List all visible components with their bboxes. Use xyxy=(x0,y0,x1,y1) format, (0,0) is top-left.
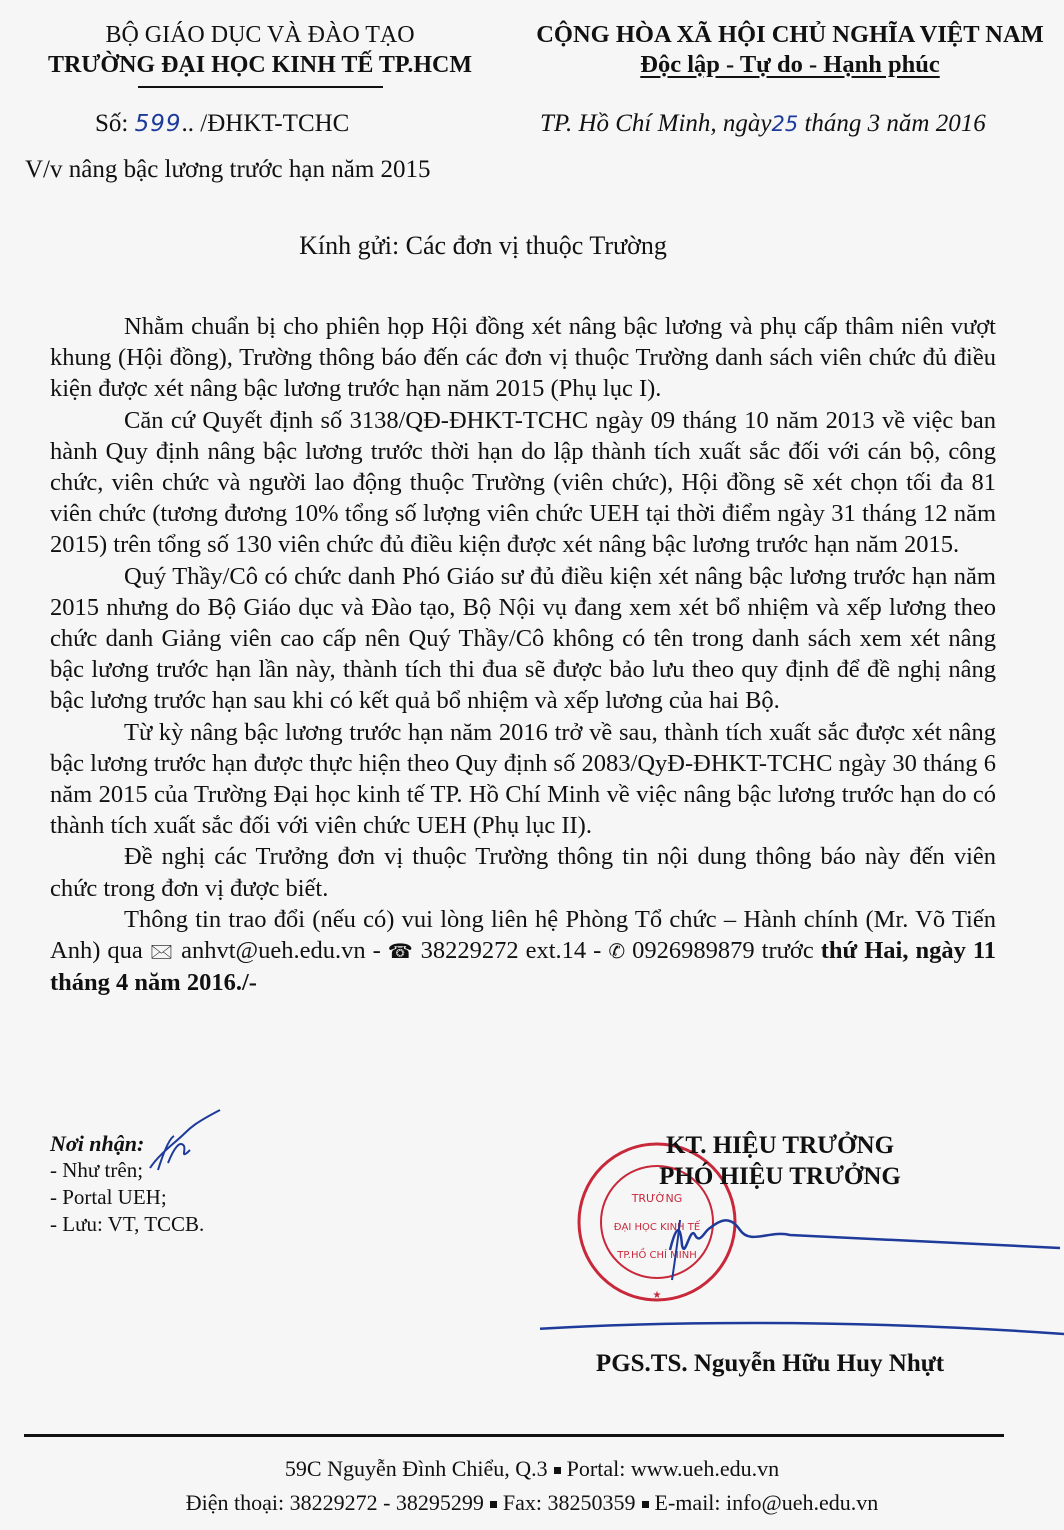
contact-paragraph: Thông tin trao đổi (nếu có) vui lòng liê… xyxy=(50,904,996,999)
footer-fax: Fax: 38250359 xyxy=(503,1490,636,1515)
telephone-icon: ☎ xyxy=(388,939,414,963)
footer-email[interactable]: E-mail: info@ueh.edu.vn xyxy=(655,1490,879,1515)
body-paragraph: Căn cứ Quyết định số 3138/QĐ-ĐHKT-TCHC n… xyxy=(50,405,996,561)
footer-divider xyxy=(24,1434,1004,1437)
footer-address: 59C Nguyễn Đình Chiểu, Q.3 xyxy=(285,1456,548,1481)
body-paragraph: Nhằm chuẩn bị cho phiên họp Hội đồng xét… xyxy=(50,311,996,405)
contact-email[interactable]: anhvt@ueh.edu.vn - xyxy=(174,937,388,964)
document-subject: V/v nâng bậc lương trước hạn năm 2015 xyxy=(25,156,431,184)
body-paragraph: Từ kỳ nâng bậc lương trước hạn năm 2016 … xyxy=(50,717,996,842)
recipient-line: Kính gửi: Các đơn vị thuộc Trường xyxy=(0,231,966,261)
mobile-icon: ✆ xyxy=(608,939,625,963)
recipient-item: - Portal UEH; xyxy=(50,1184,204,1211)
bullet-icon xyxy=(554,1467,561,1474)
nation-name: CỘNG HÒA XÃ HỘI CHỦ NGHĨA VIỆT NAM xyxy=(520,20,1060,50)
national-header: CỘNG HÒA XÃ HỘI CHỦ NGHĨA VIỆT NAM Độc l… xyxy=(520,20,1060,80)
document-number: Số: 599.. /ĐHKT-TCHC xyxy=(95,110,349,138)
envelope-icon: 🖂 xyxy=(150,939,174,963)
contact-phone: 38229272 ext.14 - xyxy=(414,937,609,964)
issuer-header: BỘ GIÁO DỤC VÀ ĐÀO TẠO TRƯỜNG ĐẠI HỌC KI… xyxy=(20,20,500,88)
contact-mobile: 0926989879 trước xyxy=(625,937,821,964)
footer-portal[interactable]: Portal: www.ueh.edu.vn xyxy=(567,1456,779,1481)
handwritten-initials xyxy=(140,1108,230,1178)
national-motto: Độc lập - Tự do - Hạnh phúc xyxy=(520,50,1060,80)
doc-number-label: Số: xyxy=(95,110,135,137)
signatory-title: KT. HIỆU TRƯỞNG PHÓ HIỆU TRƯỞNG xyxy=(600,1130,960,1192)
handwritten-signature xyxy=(540,1190,1064,1350)
document-date: TP. Hồ Chí Minh, ngày25 tháng 3 năm 2016 xyxy=(540,110,986,138)
date-prefix: TP. Hồ Chí Minh, ngày xyxy=(540,110,772,137)
signatory-line-1: KT. HIỆU TRƯỞNG xyxy=(600,1130,960,1161)
letter-body: Nhằm chuẩn bị cho phiên họp Hội đồng xét… xyxy=(50,311,996,998)
bullet-icon xyxy=(642,1501,649,1508)
date-day-handwritten: 25 xyxy=(772,112,799,136)
header-divider xyxy=(138,86,383,88)
date-suffix: tháng 3 năm 2016 xyxy=(798,110,986,137)
school-name: TRƯỜNG ĐẠI HỌC KINH TẾ TP.HCM xyxy=(20,50,500,80)
bullet-icon xyxy=(490,1501,497,1508)
footer-line-1: 59C Nguyễn Đình Chiểu, Q.3Portal: www.ue… xyxy=(0,1452,1064,1486)
footer: 59C Nguyễn Đình Chiểu, Q.3Portal: www.ue… xyxy=(0,1452,1064,1520)
recipient-item: - Lưu: VT, TCCB. xyxy=(50,1211,204,1238)
body-paragraph: Đề nghị các Trưởng đơn vị thuộc Trường t… xyxy=(50,841,996,903)
signatory-line-2: PHÓ HIỆU TRƯỞNG xyxy=(600,1161,960,1192)
doc-number-suffix: .. /ĐHKT-TCHC xyxy=(182,110,350,137)
footer-phone: Điện thoại: 38229272 - 38295299 xyxy=(186,1490,484,1515)
ministry-name: BỘ GIÁO DỤC VÀ ĐÀO TẠO xyxy=(20,20,500,50)
footer-line-2: Điện thoại: 38229272 - 38295299Fax: 3825… xyxy=(0,1486,1064,1520)
signatory-name: PGS.TS. Nguyễn Hữu Huy Nhựt xyxy=(560,1350,980,1378)
body-paragraph: Quý Thầy/Cô có chức danh Phó Giáo sư đủ … xyxy=(50,561,996,717)
doc-number-handwritten: 599 xyxy=(135,111,182,137)
